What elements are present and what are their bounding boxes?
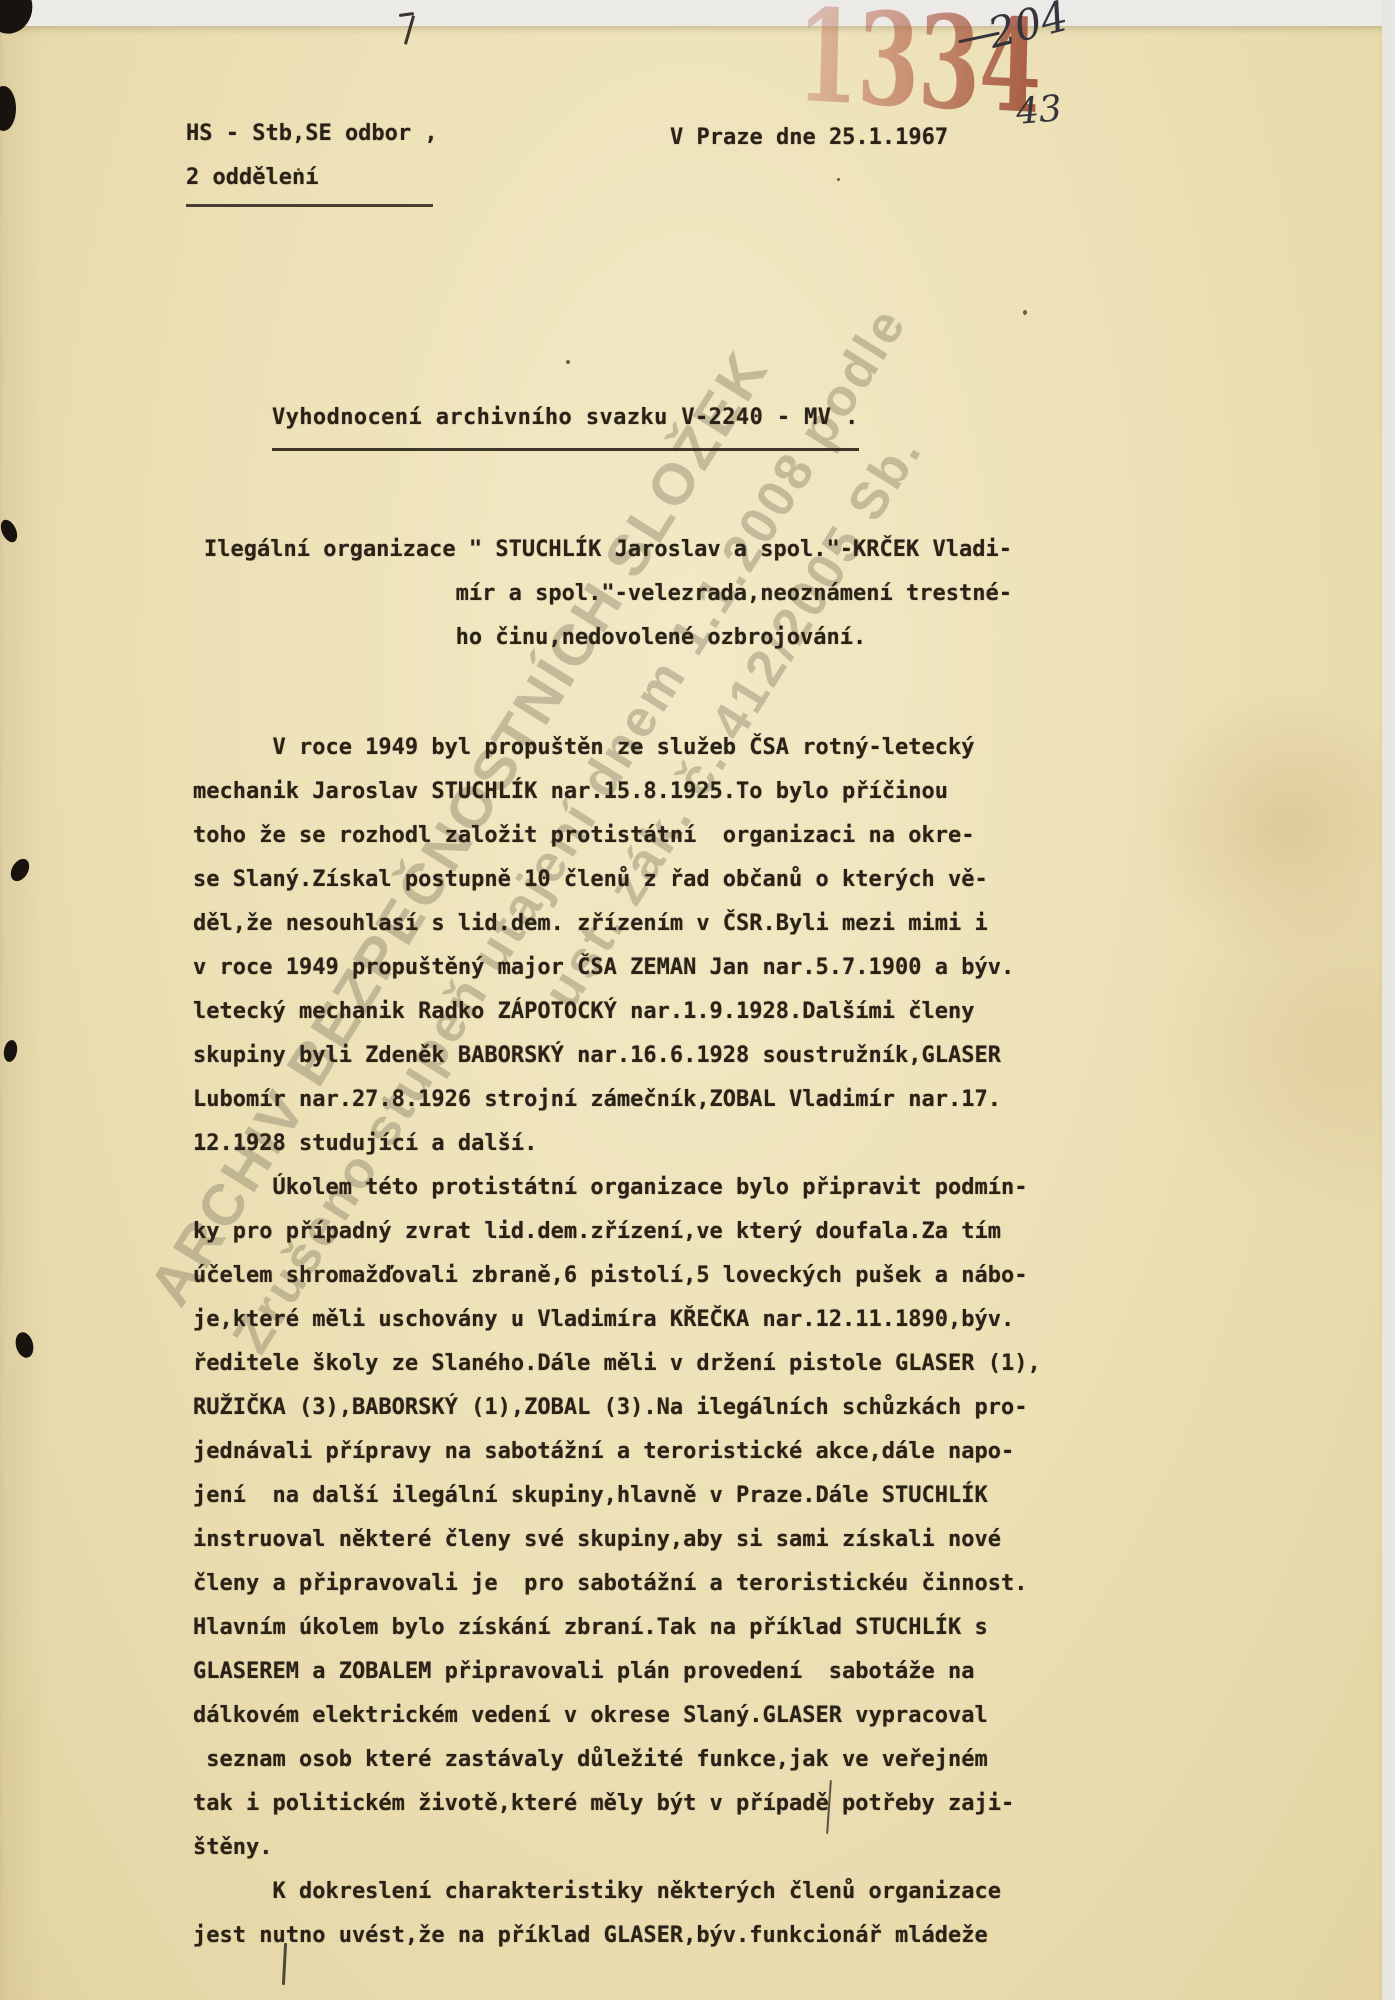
scanned-document-screenshot: { "document": { "header": { "line1": "HS… xyxy=(0,0,1395,2000)
body-paragraphs: V roce 1949 byl propuštěn ze služeb ČSA … xyxy=(193,726,1041,1958)
header-department-line2: 2 oddělení xyxy=(186,156,433,207)
header-department-line1: HS - Stb,SE odbor , xyxy=(186,112,438,156)
scan-edge-top xyxy=(0,0,1395,26)
scan-edge-right xyxy=(1382,0,1395,2000)
header-department-underlined: 2 oddělení xyxy=(186,156,433,207)
dust-speck xyxy=(297,168,300,171)
dust-speck xyxy=(837,178,840,181)
document-title: Vyhodnocení archivního svazku V-2240 - M… xyxy=(272,396,859,451)
document-title-underlined: Vyhodnocení archivního svazku V-2240 - M… xyxy=(272,396,859,451)
dust-speck xyxy=(1023,310,1027,315)
dust-speck xyxy=(566,360,570,364)
handwritten-page-number: 43 xyxy=(1014,88,1063,133)
subject-block: Ilegální organizace " STUCHLÍK Jaroslav … xyxy=(204,528,1012,660)
